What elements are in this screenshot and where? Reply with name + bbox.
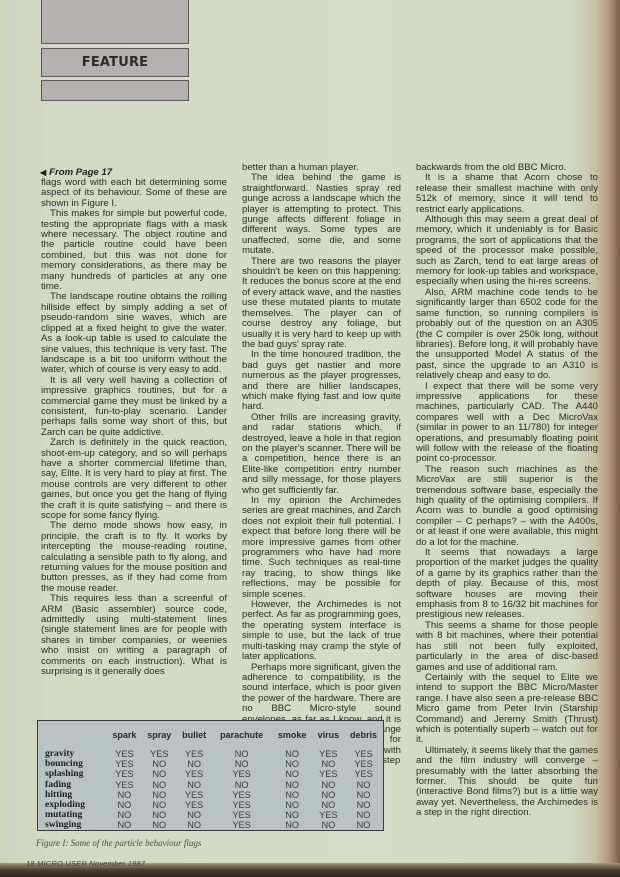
column-header: parachute <box>211 729 271 749</box>
particle-flags-figure: spark spray bullet parachute smoke virus… <box>37 720 384 831</box>
table-cell: NO <box>344 820 383 830</box>
paragraph: In the time honoured tradition, the bad … <box>242 350 401 412</box>
table-cell: NO <box>272 749 313 759</box>
table-cell: YES <box>313 810 344 820</box>
column-header: virus <box>313 729 344 749</box>
column-header: spark <box>107 729 142 749</box>
paragraph: It is all very well having a collection … <box>41 376 227 438</box>
table-row: hitting NO NO YES YES NO NO NO <box>38 790 383 800</box>
column-header: debris <box>344 729 383 749</box>
table-row: splashing YES NO YES YES NO YES YES <box>38 769 383 779</box>
table-row: gravity YES YES YES NO NO YES YES <box>38 749 383 759</box>
table-cell: YES <box>177 800 212 810</box>
table-cell: NO <box>177 810 212 820</box>
table-corner <box>38 729 107 749</box>
table-cell: YES <box>344 759 383 769</box>
paragraph: This seems a shame for those people with… <box>416 621 598 673</box>
section-label: FEATURE <box>82 55 149 70</box>
table-cell: YES <box>177 790 212 800</box>
page-folio: 18 MICRO USER November 1987 <box>26 859 145 868</box>
paragraph: The demo mode shows how easy, in princip… <box>41 521 227 594</box>
paragraph: In my opinion the Archimedes series are … <box>242 496 401 600</box>
paragraph: I expect that there will be some very im… <box>416 382 598 465</box>
paragraph: The idea behind the game is straightforw… <box>242 173 401 256</box>
table-cell: NO <box>142 810 177 820</box>
table-cell: NO <box>272 820 313 830</box>
table-cell: NO <box>211 749 271 759</box>
paragraph: Ultimately, it seems likely that the gam… <box>416 746 598 819</box>
table-row: fading YES NO NO NO NO NO NO <box>38 780 383 790</box>
table-cell: NO <box>344 780 383 790</box>
figure-caption: Figure I: Some of the particle behaviour… <box>36 838 201 848</box>
table-cell: NO <box>177 759 212 769</box>
table-cell: NO <box>272 810 313 820</box>
section-header: FEATURE <box>41 0 189 101</box>
row-label: swinging <box>38 820 107 830</box>
table-cell: YES <box>211 800 271 810</box>
table-cell: NO <box>107 820 142 830</box>
column-header: spray <box>142 729 177 749</box>
paragraph: Although this may seem a great deal of m… <box>416 215 598 288</box>
paragraph: However, the Archimedes is not perfect. … <box>242 600 401 662</box>
table-cell: NO <box>313 780 344 790</box>
table-cell: YES <box>211 810 271 820</box>
table-cell: NO <box>142 769 177 779</box>
table-cell: NO <box>272 759 313 769</box>
table-cell: YES <box>142 749 177 759</box>
column-header: smoke <box>272 729 313 749</box>
table-cell: YES <box>211 769 271 779</box>
table-cell: NO <box>344 810 383 820</box>
paragraph: It is a shame that Acorn chose to releas… <box>416 173 598 215</box>
paragraph: The landscape routine obtains the rollin… <box>41 292 227 375</box>
table-cell: YES <box>177 769 212 779</box>
table-cell: YES <box>313 749 344 759</box>
article-column-2: better than a human player. The idea beh… <box>242 163 401 767</box>
paragraph: The reason such machines as the MicroVax… <box>416 465 598 548</box>
paragraph: Certainly with the sequel to Elite we in… <box>416 673 598 746</box>
table-cell: NO <box>142 780 177 790</box>
table-cell: NO <box>344 800 383 810</box>
table-cell: NO <box>142 820 177 830</box>
table-cell: YES <box>211 820 271 830</box>
table-cell: NO <box>313 790 344 800</box>
table-cell: NO <box>211 759 271 769</box>
table-cell: NO <box>272 780 313 790</box>
header-box-bottom <box>41 80 189 101</box>
table-cell: NO <box>313 820 344 830</box>
article-column-3: backwards from the old BBC Micro. It is … <box>416 163 598 819</box>
paragraph: flags word with each bit determining som… <box>41 178 227 209</box>
table-cell: NO <box>344 790 383 800</box>
paragraph: It seems that nowadays a large proportio… <box>416 548 598 621</box>
paragraph: There are two reasons the player shouldn… <box>242 257 401 351</box>
table-row: bouncing YES NO NO NO NO NO YES <box>38 759 383 769</box>
table-cell: NO <box>211 780 271 790</box>
table-cell: NO <box>272 800 313 810</box>
table-cell: NO <box>313 800 344 810</box>
table-cell: YES <box>211 790 271 800</box>
paragraph: Also, ARM machine code tends to be signi… <box>416 288 598 382</box>
table-row: exploding NO NO YES YES NO NO NO <box>38 800 383 810</box>
table-cell: YES <box>344 769 383 779</box>
particle-flags-table: spark spray bullet parachute smoke virus… <box>38 729 383 831</box>
table-cell: YES <box>177 749 212 759</box>
table-row: swinging NO NO NO YES NO NO NO <box>38 820 383 830</box>
table-cell: NO <box>272 790 313 800</box>
table-cell: NO <box>177 820 212 830</box>
table-cell: NO <box>177 780 212 790</box>
left-triangle-icon: ◀ <box>40 168 46 177</box>
table-cell: NO <box>107 810 142 820</box>
table-cell: NO <box>142 800 177 810</box>
article-column-1: flags word with each bit determining som… <box>41 178 227 678</box>
header-box-label: FEATURE <box>41 48 189 77</box>
header-box-top <box>41 0 189 44</box>
table-cell: YES <box>107 749 142 759</box>
paragraph: Zarch is definitely in the quick reactio… <box>41 438 227 521</box>
paragraph: This requires less than a screenful of A… <box>41 594 227 677</box>
table-row: mutating NO NO NO YES NO YES NO <box>38 810 383 820</box>
paragraph: This makes for simple but powerful code,… <box>41 209 227 292</box>
table-cell: NO <box>272 769 313 779</box>
table-cell: NO <box>107 790 142 800</box>
column-header: bullet <box>177 729 212 749</box>
table-header-row: spark spray bullet parachute smoke virus… <box>38 729 383 749</box>
table-cell: YES <box>344 749 383 759</box>
table-cell: NO <box>142 790 177 800</box>
table-cell: YES <box>107 759 142 769</box>
table-cell: YES <box>107 769 142 779</box>
table-cell: NO <box>142 759 177 769</box>
table-cell: NO <box>107 800 142 810</box>
table-cell: YES <box>313 769 344 779</box>
table-cell: NO <box>313 759 344 769</box>
paragraph: Other frills are increasing gravity, and… <box>242 413 401 496</box>
table-cell: YES <box>107 780 142 790</box>
